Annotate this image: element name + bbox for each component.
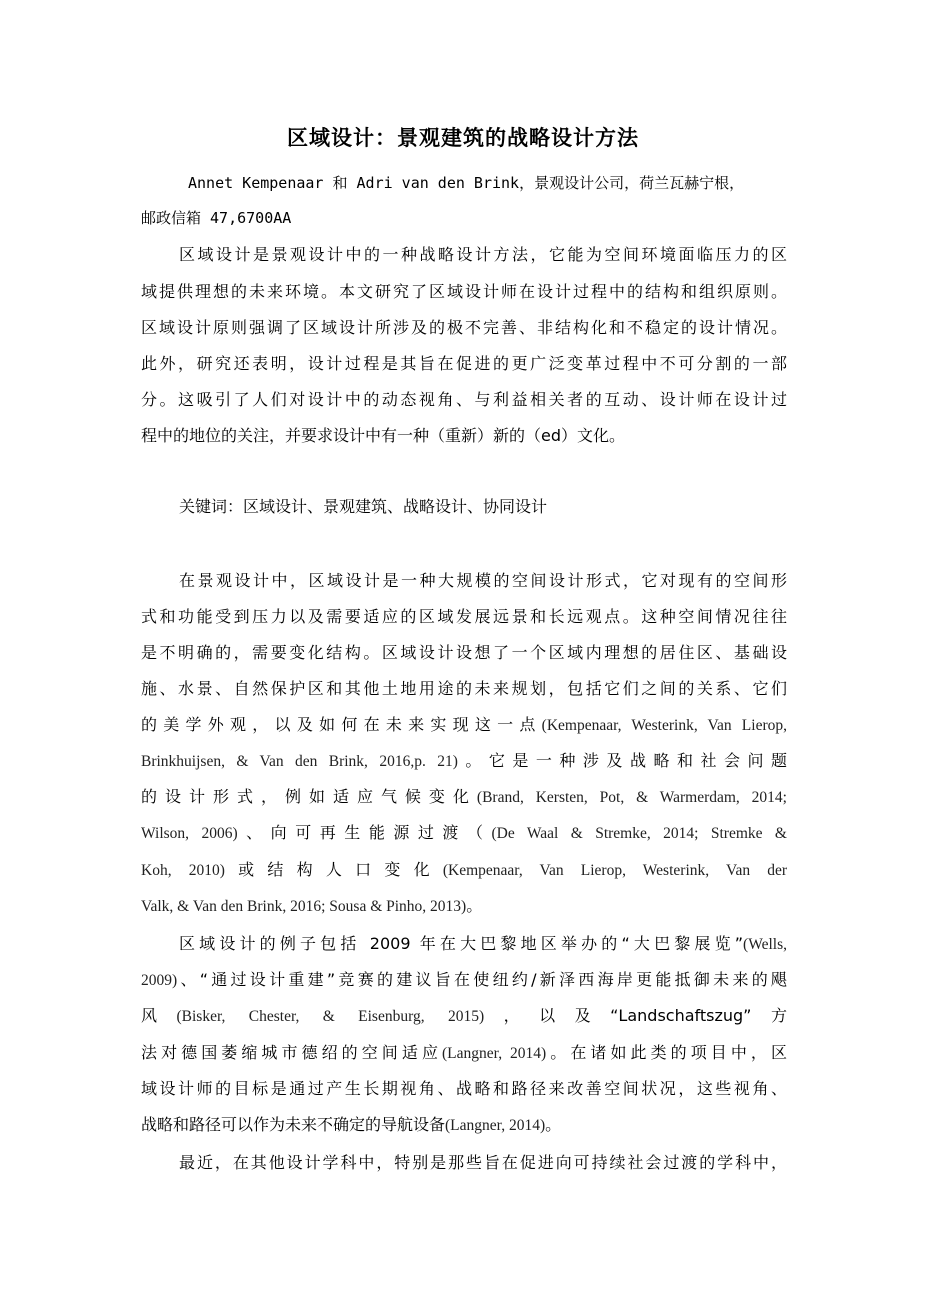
body-text: 战略和路径可以作为未来不确定的导航设备 <box>141 1115 445 1134</box>
body-line: Wilson, 2006)、向可再生能源过渡（(De Waal & Stremk… <box>141 823 787 844</box>
body-line: 域设计师的目标是通过产生长期视角、战略和路径来改善空间状况，这些视角、 <box>141 1079 787 1099</box>
citation: (Langner, 2014) <box>445 1117 545 1134</box>
body-line: 法对德国萎缩城市德绍的空间适应(Langner, 2014)。在诸如此类的项目中… <box>141 1043 787 1064</box>
body-line: 的美学外观，以及如何在未来实现这一点(Kempenaar, Westerink,… <box>141 715 787 736</box>
author-address: 邮政信箱 47,6700AA <box>141 208 787 228</box>
author-affiliation: Annet Kempenaar 和 Adri van den Brink，景观设… <box>188 173 787 193</box>
abstract-line: 此外，研究还表明，设计过程是其旨在促进的更广泛变革过程中不可分割的一部 <box>141 354 787 374</box>
citation: Valk, & Van den Brink, 2016; Sousa & Pin… <box>141 898 466 915</box>
body-line: 区域设计的例子包括 2009 年在大巴黎地区举办的“大巴黎展览”(Wells, <box>179 934 787 955</box>
body-line: 战略和路径可以作为未来不确定的导航设备(Langner, 2014)。 <box>141 1115 787 1136</box>
abstract-line: 域提供理想的未来环境。本文研究了区域设计师在设计过程中的结构和组织原则。 <box>141 282 787 302</box>
abstract-line: 区域设计是景观设计中的一种战略设计方法，它能为空间环境面临压力的区 <box>179 245 787 265</box>
body-line: Brinkhuijsen, & Van den Brink, 2016,p. 2… <box>141 751 787 772</box>
citation: (Brand, Kersten, Pot, & Warmerdam, 2014; <box>477 789 787 806</box>
citation: (De Waal & Stremke, 2014; Stremke & <box>492 825 787 842</box>
document-page: 区域设计：景观建筑的战略设计方法 Annet Kempenaar 和 Adri … <box>0 0 926 1309</box>
body-line: 式和功能受到压力以及需要适应的区域发展远景和长远观点。这种空间情况往往 <box>141 607 787 627</box>
body-line: Koh, 2010)或结构人口变化(Kempenaar, Van Lierop,… <box>141 860 787 881</box>
citation: (Langner, 2014) <box>442 1045 546 1062</box>
document-title: 区域设计：景观建筑的战略设计方法 <box>0 122 926 152</box>
body-line: 施、水景、自然保护区和其他土地用途的未来规划，包括它们之间的关系、它们 <box>141 679 787 699</box>
body-line: Valk, & Van den Brink, 2016; Sousa & Pin… <box>141 896 787 917</box>
abstract-line: 程中的地位的关注，并要求设计中有一种（重新）新的（ed）文化。 <box>141 426 787 446</box>
body-line: 的设计形式，例如适应气候变化(Brand, Kersten, Pot, & Wa… <box>141 787 787 808</box>
body-text: 。它是一种涉及战略和社会问题 <box>458 751 787 770</box>
body-text: 风 <box>141 1006 177 1025</box>
keywords: 关键词：区域设计、景观建筑、战略设计、协同设计 <box>179 497 825 517</box>
body-line: 风(Bisker, Chester, & Eisenburg, 2015)，以及… <box>141 1006 787 1027</box>
citation: (Bisker, Chester, & Eisenburg, 2015) <box>177 1008 485 1025</box>
citation: Koh, 2010) <box>141 862 225 879</box>
body-text: 。 <box>466 896 482 915</box>
body-text: 、“通过设计重建”竞赛的建议旨在使纽约/新泽西海岸更能抵御未来的飓 <box>177 970 787 989</box>
citation: Wilson, 2006) <box>141 825 238 842</box>
body-text: 区域设计的例子包括 2009 年在大巴黎地区举办的“大巴黎展览” <box>179 934 743 953</box>
body-text: 或结构人口变化 <box>225 860 443 879</box>
body-text: 的美学外观，以及如何在未来实现这一点 <box>141 715 542 734</box>
citation: (Kempenaar, Van Lierop, Westerink, Van d… <box>443 862 787 879</box>
body-text: 的设计形式，例如适应气候变化 <box>141 787 477 806</box>
citation: (Kempenaar, Westerink, Van Lierop, <box>542 717 787 734</box>
body-text: 。在诸如此类的项目中，区 <box>546 1043 787 1062</box>
body-text: 法对德国萎缩城市德绍的空间适应 <box>141 1043 442 1062</box>
body-line: 最近，在其他设计学科中，特别是那些旨在促进向可持续社会过渡的学科中， <box>179 1153 787 1173</box>
body-line: 2009)、“通过设计重建”竞赛的建议旨在使纽约/新泽西海岸更能抵御未来的飓 <box>141 970 787 991</box>
body-text: 。 <box>545 1115 561 1134</box>
abstract-line: 分。这吸引了人们对设计中的动态视角、与利益相关者的互动、设计师在设计过 <box>141 390 787 410</box>
citation: 2009) <box>141 972 177 989</box>
body-text: ，以及“Landschaftszug”方 <box>484 1006 787 1025</box>
body-line: 是不明确的，需要变化结构。区域设计设想了一个区域内理想的居住区、基础设 <box>141 643 787 663</box>
body-text: 、向可再生能源过渡（ <box>238 823 492 842</box>
body-line: 在景观设计中，区域设计是一种大规模的空间设计形式，它对现有的空间形 <box>179 571 787 591</box>
citation: (Wells, <box>743 936 787 953</box>
citation: Brinkhuijsen, & Van den Brink, 2016,p. 2… <box>141 753 458 770</box>
abstract-line: 区域设计原则强调了区域设计所涉及的极不完善、非结构化和不稳定的设计情况。 <box>141 318 787 338</box>
